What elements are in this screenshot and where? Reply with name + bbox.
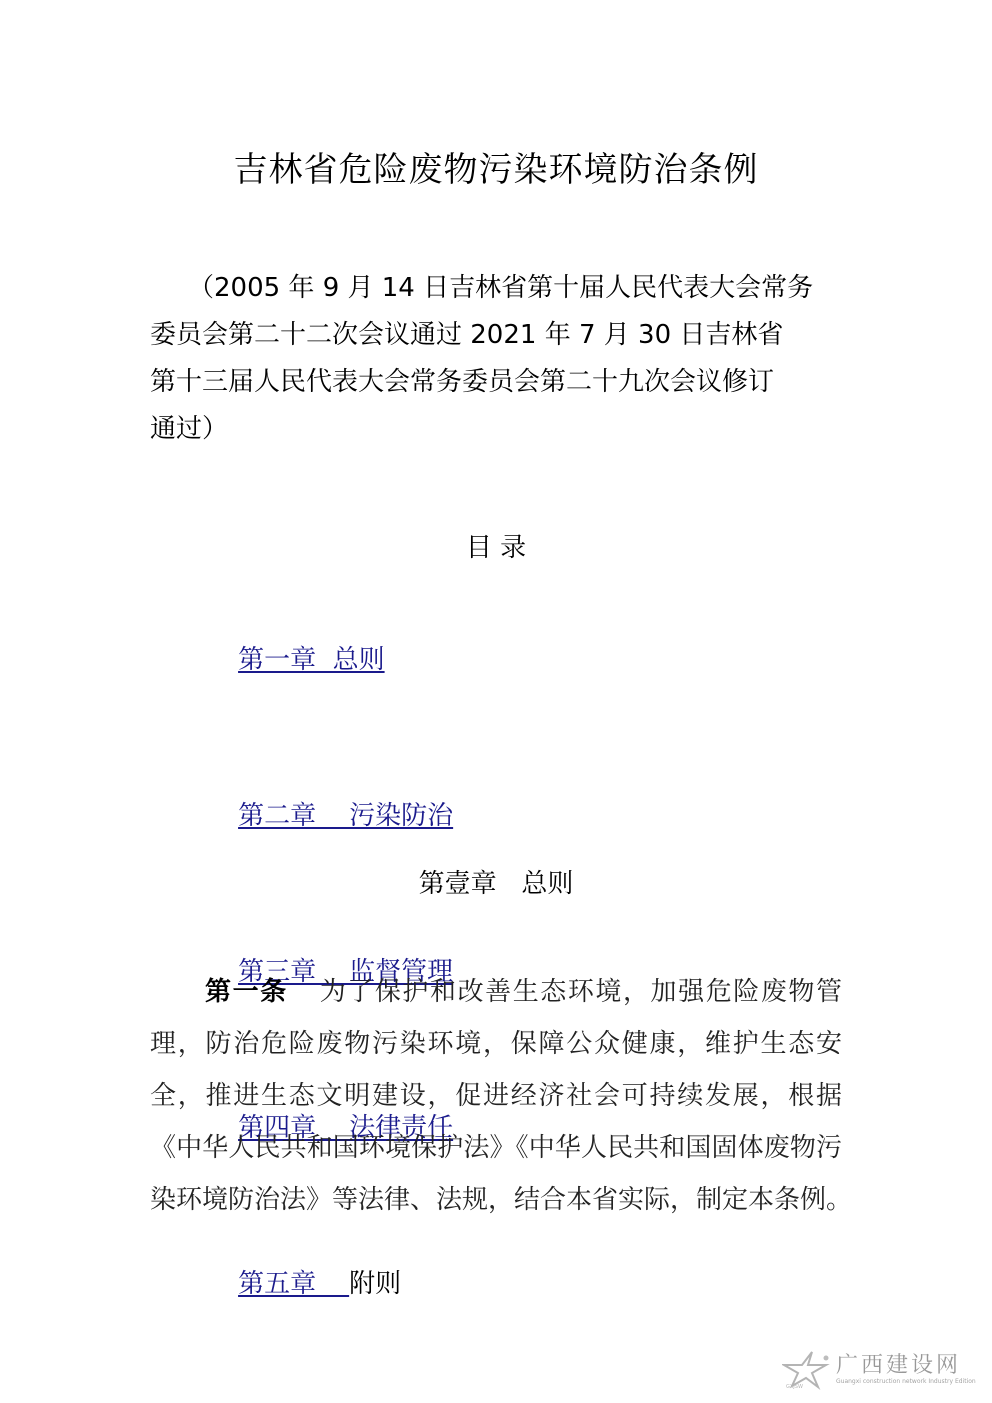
- article-line: 全，推进生态文明建设，促进经济社会可持续发展，根据: [150, 1070, 842, 1122]
- watermark-name-cn: 广西建设网: [836, 1354, 976, 1378]
- article-1: 第一条为了保护和改善生态环境，加强危险废物管 理，防治危险废物污染环境，保障公众…: [150, 966, 842, 1226]
- toc-link-chapter-1[interactable]: 第一章 总则: [238, 645, 385, 675]
- adoption-note-line: （2005 年 9 月 14 日吉林省第十届人民代表大会常务: [150, 265, 840, 312]
- article-text: 为了保护和改善生态环境，加强危险废物管: [320, 977, 842, 1007]
- watermark-name-en: Guangxi construction network Industry Ed…: [836, 1378, 976, 1386]
- document-title: 吉林省危险废物污染环境防治条例: [0, 148, 992, 192]
- star-logo-icon: GXJSW: [782, 1350, 830, 1390]
- toc-title: 目 录: [0, 530, 992, 566]
- toc-item-chapter-5: 第五章 附则: [205, 1206, 453, 1362]
- toc-item-chapter-1: 第一章 总则: [205, 582, 453, 738]
- article-line: 理，防治危险废物污染环境，保障公众健康，维护生态安: [150, 1018, 842, 1070]
- adoption-note-line: 第十三届人民代表大会常务委员会第二十九次会议修订: [150, 359, 840, 406]
- article-line: 《中华人民共和国环境保护法》《中华人民共和国固体废物污: [150, 1122, 842, 1174]
- adoption-note-line: 委员会第二十二次会议通过 2021 年 7 月 30 日吉林省: [150, 312, 840, 359]
- article-line: 第一条为了保护和改善生态环境，加强危险废物管: [150, 966, 842, 1018]
- toc-link-chapter-2[interactable]: 第二章 污染防治: [238, 801, 453, 831]
- toc-link-chapter-5[interactable]: 第五章: [238, 1269, 349, 1299]
- watermark-text: 广西建设网 Guangxi construction network Indus…: [836, 1354, 976, 1386]
- chapter-heading: 第壹章 总则: [0, 866, 992, 902]
- adoption-note-line: 通过）: [150, 406, 840, 453]
- toc-item-suffix: 附则: [349, 1269, 401, 1299]
- adoption-note: （2005 年 9 月 14 日吉林省第十届人民代表大会常务 委员会第二十二次会…: [150, 265, 840, 453]
- article-number: 第一条: [205, 977, 288, 1007]
- svg-text:GXJSW: GXJSW: [786, 1384, 803, 1390]
- article-line: 染环境防治法》等法律、法规，结合本省实际，制定本条例。: [150, 1174, 842, 1226]
- watermark-logo: GXJSW 广西建设网 Guangxi construction network…: [782, 1346, 987, 1394]
